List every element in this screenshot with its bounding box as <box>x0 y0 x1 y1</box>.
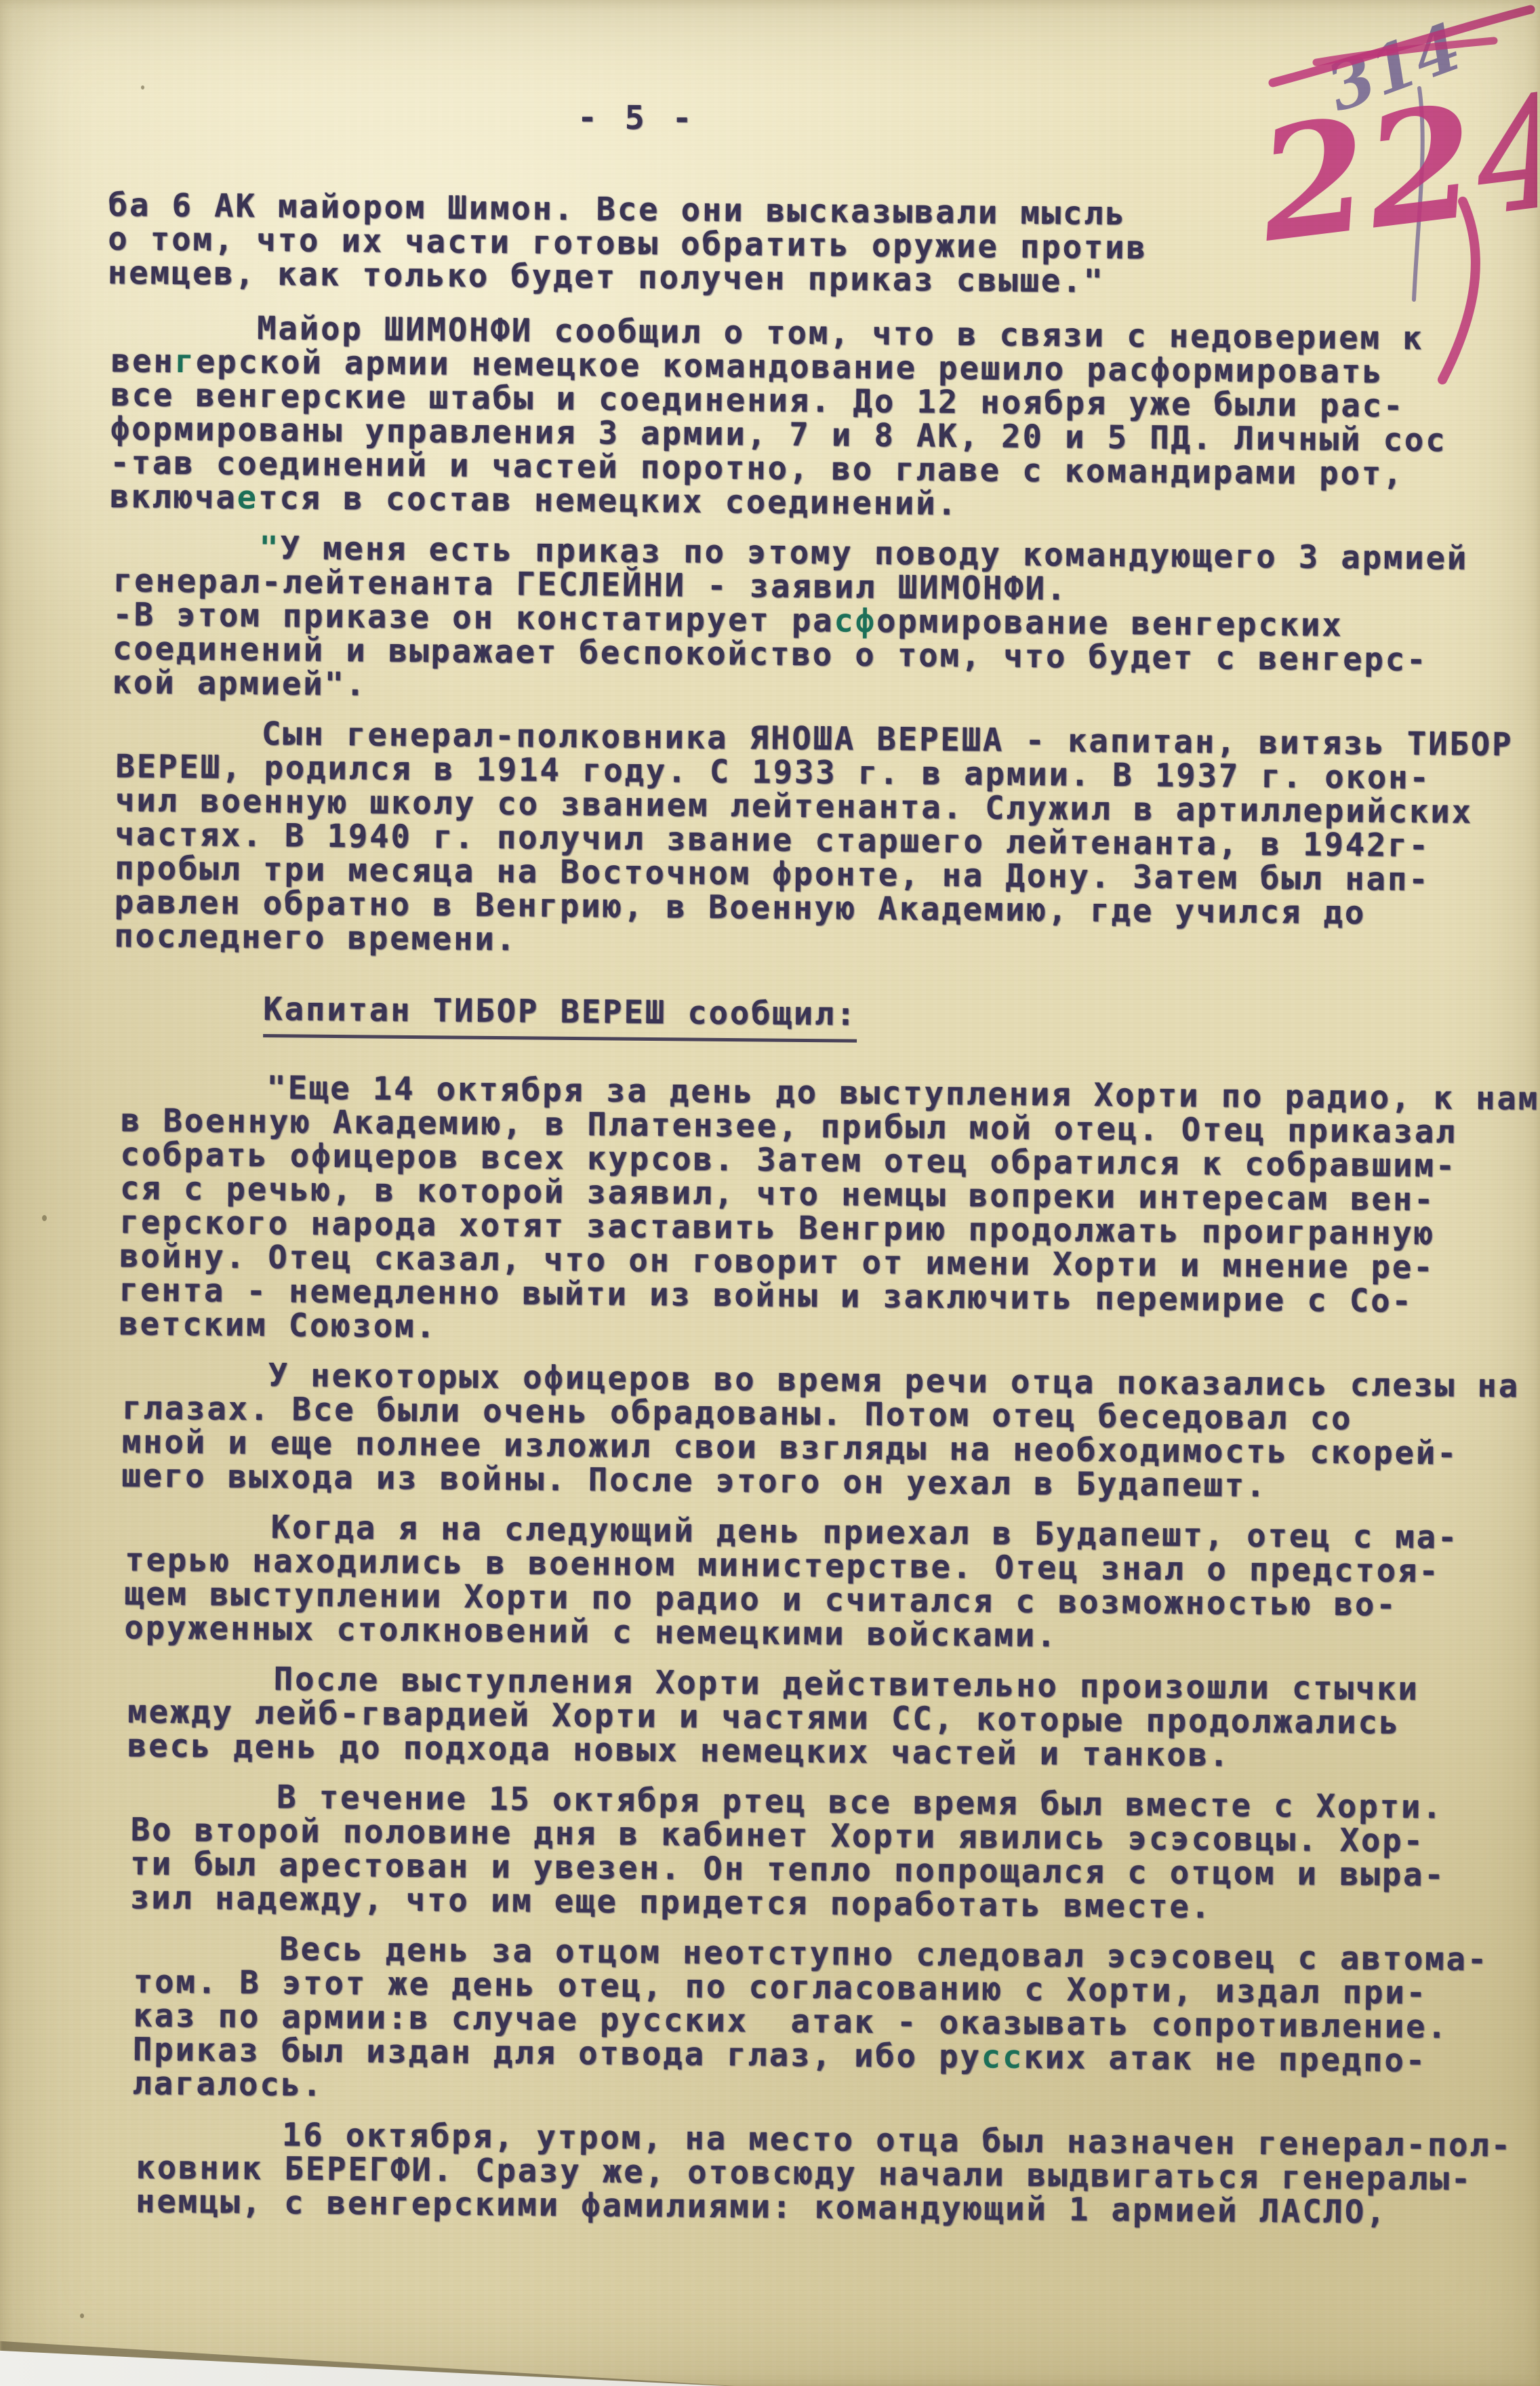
page-number: - 5 - <box>577 100 696 136</box>
scanned-document-page: - 5 - 314 224 ба 6 АК майором Шимон. Все… <box>0 0 1540 2386</box>
ink-correction: г <box>174 343 196 380</box>
paragraph: У некоторых офицеров во время речи отца … <box>121 1357 1505 1505</box>
underlined-heading-text: Капитан ТИБОР ВЕРЕШ сообщил: <box>263 991 857 1043</box>
paper-speck <box>42 1215 47 1221</box>
document-text: ба 6 АК майором Шимон. Все они высказыва… <box>91 188 1515 2247</box>
ink-correction: е <box>237 479 259 517</box>
paragraph: Весь день за отцом неотступно следовал э… <box>132 1931 1499 2113</box>
paragraph: "У меня есть приказ по этому поводу кома… <box>112 530 1512 712</box>
ink-correction: сс <box>981 2038 1024 2076</box>
paper-sheet: - 5 - 314 224 ба 6 АК майором Шимон. Все… <box>0 0 1540 2386</box>
paper-speck <box>80 2313 84 2318</box>
ink-correction: сф <box>834 602 876 640</box>
paragraph: Майор ШИМОНФИ сообщил о том, что в связи… <box>110 311 1514 526</box>
paragraph: 16 октября, утром, на место отца был наз… <box>136 2117 1498 2231</box>
quoted-excerpt: ба 6 АК майором Шимон. Все они высказыва… <box>108 188 1515 302</box>
paragraph: После выступления Хорти действительно пр… <box>127 1661 1502 1775</box>
paragraph: "Еще 14 октября за день до выступления Х… <box>119 1070 1507 1353</box>
paragraph: Когда я на следующий день приехал в Буда… <box>124 1509 1503 1657</box>
section-heading: Капитан ТИБОР ВЕРЕШ сообщил: <box>117 991 1507 1037</box>
paper-speck <box>141 85 144 90</box>
text-line: Капитан ТИБОР ВЕРЕШ сообщил: <box>117 991 1507 1037</box>
ink-correction: " <box>259 530 281 567</box>
paragraph: В течение 15 октября ртец все время был … <box>130 1779 1501 1927</box>
paragraph: Сын генерал-полковника ЯНОША ВЕРЕША - ка… <box>114 716 1510 966</box>
